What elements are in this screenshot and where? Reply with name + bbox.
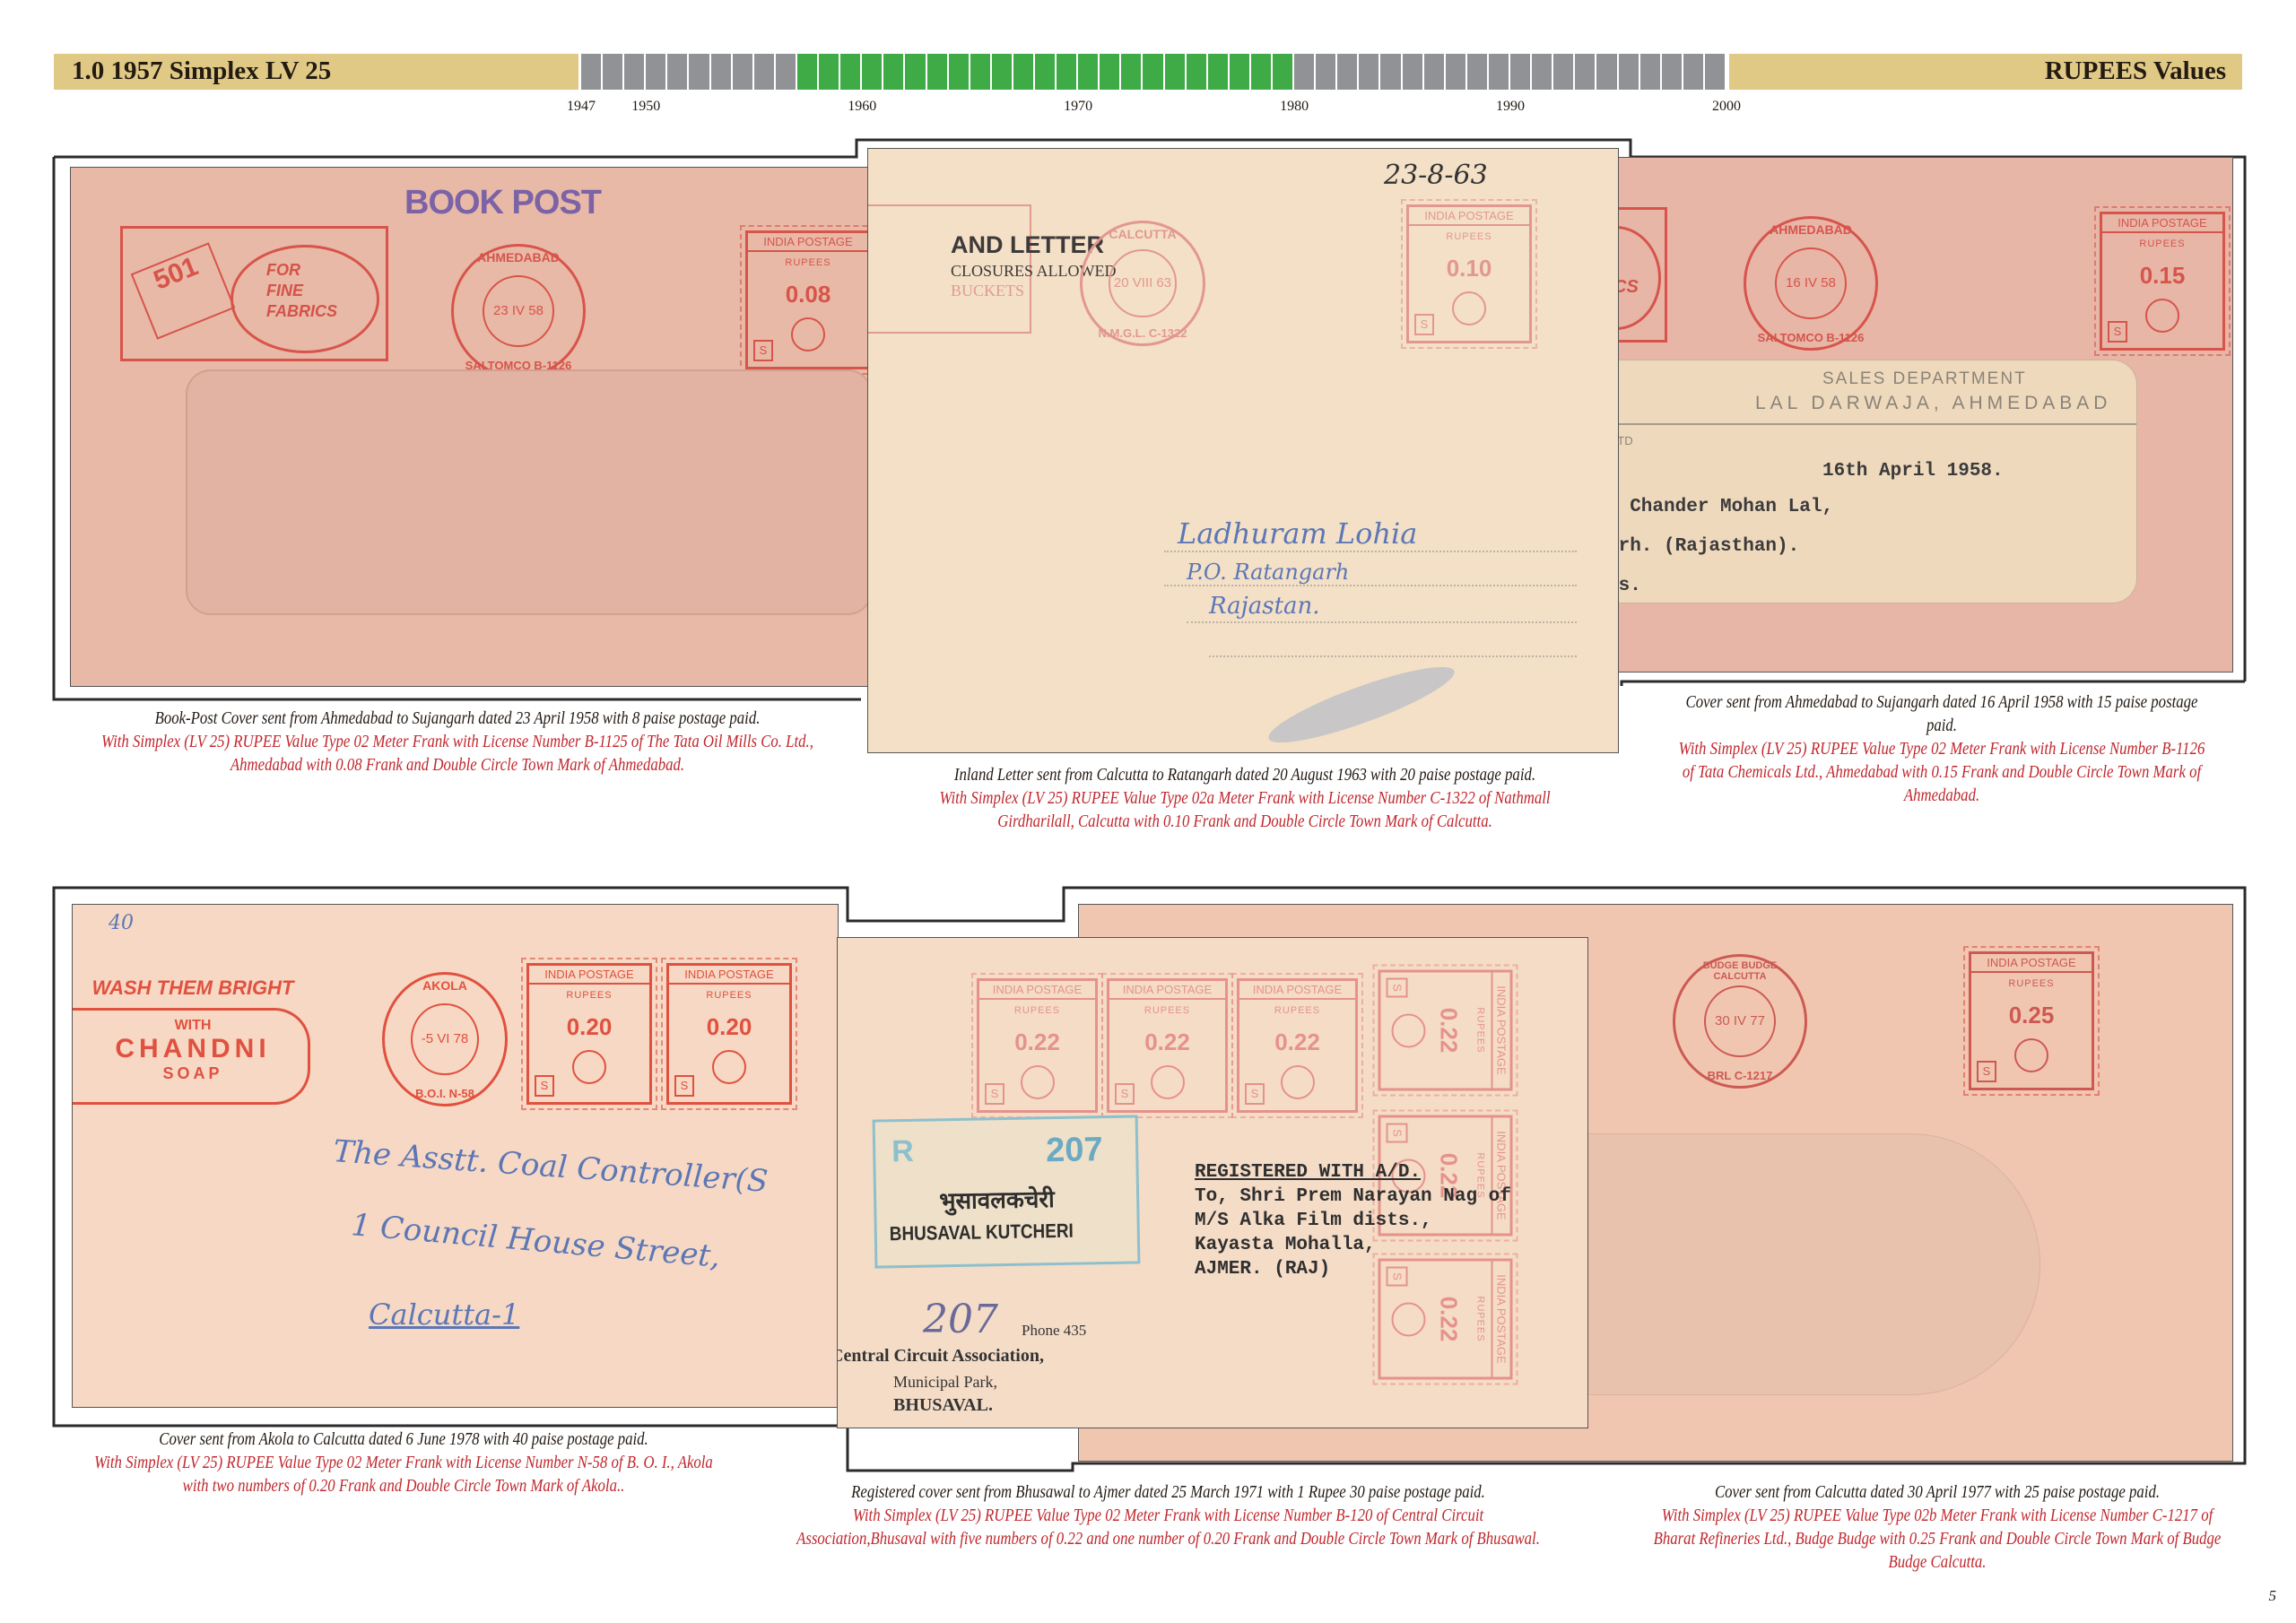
registered-cover-bhusawal: INDIA POSTAGERUPEES0.22SINDIA POSTAGERUP… [837,937,1588,1428]
ashoka-wheel-icon [712,1050,746,1084]
meter-frank-1: INDIA POSTAGE RUPEES 0.20 S [526,963,652,1105]
recipient-state: Rajastan. [1209,593,1320,620]
ashoka-wheel-icon [1452,291,1486,325]
meter-frank: INDIA POSTAGERUPEES0.22S [1107,978,1228,1113]
recipient-po: P.O. Ratangarh [1187,560,1349,585]
recipient-line-4: Kayasta Mohalla, [1195,1235,1376,1255]
ashoka-wheel-icon [1392,1302,1426,1336]
caption-cover-1: Book-Post Cover sent from Ahmedabad to S… [95,707,820,777]
address-line [1187,621,1577,623]
sender-city: BHUSAVAL. [893,1395,993,1416]
meter-frank: INDIA POSTAGE RUPEES 0.15 S [2100,212,2225,351]
handwritten-reg-number: 207 [923,1297,998,1342]
ashoka-wheel-icon [2014,1038,2048,1072]
cover-book-post-ahmedabad: BOOK POST 501 FOR FINE FABRICS AHMEDABAD… [70,167,944,687]
inland-letter-heading: AND LETTER [951,231,1104,259]
address-line [1164,585,1577,586]
recipient-line-1: REGISTERED WITH A/D. [1195,1162,1421,1183]
recipient-line-2: To, Shri Prem Narayan Nag of [1195,1186,1511,1207]
meter-frank-2: INDIA POSTAGE RUPEES 0.20 S [666,963,792,1105]
recipient-line-5: AJMER. (RAJ) [1195,1259,1330,1280]
recipient-line-2: 1 Council House Street, [350,1207,722,1275]
caption-cover-5: Registered cover sent from Bhusawal to A… [788,1481,1548,1551]
meter-frank: INDIA POSTAGERUPEES0.22S [1378,970,1513,1091]
envelope-window-letter: SALES DEPARTMENT LAL DARWAJA, AHMEDABAD … [1605,360,2137,603]
town-postmark: AKOLA -5 VI 78 B.O.I. N-58 [382,972,508,1107]
caption-cover-4: Cover sent from Akola to Calcutta dated … [87,1428,719,1498]
caption-cover-2: Inland Letter sent from Calcutta to Rata… [906,764,1585,834]
address-line [1209,655,1577,657]
town-postmark: BUDGE BUDGE CALCUTTA 30 IV 77 BRL C-1217 [1673,954,1807,1089]
soap-box-icon: 501 [131,242,236,339]
meter-frank: INDIA POSTAGE RUPEES 0.08 S [745,230,871,369]
soap-advert-frame [73,1008,310,1105]
buckets-text: BUCKETS [951,282,1024,300]
recipient-line-1: The Asstt. Coal Controller(S [332,1133,769,1200]
ashoka-wheel-icon [2145,299,2179,333]
ashoka-wheel-icon [1021,1065,1055,1099]
caption-cover-3: Cover sent from Ahmedabad to Sujangarh d… [1672,691,2212,808]
recipient-line-3: M/S Alka Film dists., [1195,1211,1432,1231]
cover-ahmedabad-tata-chemicals: CS AHMEDABAD 16 IV 58 SALTOMCO B-1126 IN… [1605,157,2233,673]
address-line [1164,551,1577,552]
advert-box: 501 FOR FINE FABRICS [120,226,388,361]
meter-frank: INDIA POSTAGE RUPEES 0.10 S [1406,204,1532,343]
page-number: 5 [2269,1587,2277,1605]
ink-smudge [1263,655,1460,753]
meter-frank: INDIA POSTAGE RUPEES 0.25 S [1969,951,2094,1090]
meter-frank: INDIA POSTAGERUPEES0.22S [1378,1259,1513,1380]
sender-phone: Phone 435 [1022,1322,1086,1340]
meter-frank: INDIA POSTAGERUPEES0.22S [1237,978,1358,1113]
town-postmark: CALCUTTA 20 VIII 63 N.M.G.L. C-1322 [1080,221,1205,346]
ashoka-wheel-icon [791,317,825,352]
town-postmark: AHMEDABAD 23 IV 58 SALTOMCO B-1126 [451,244,586,378]
ashoka-wheel-icon [1151,1065,1185,1099]
registration-label: R 207 भुसावलकचेरी BHUSAVAL KUTCHERI [873,1115,1141,1268]
soap-advert: WASH THEM BRIGHT WITH CHANDNI SOAP [73,968,313,1102]
recipient-name: Ladhuram Lohia [1178,516,1417,551]
meter-frank: INDIA POSTAGERUPEES0.22S [977,978,1098,1113]
sender-name: Central Circuit Association, [837,1346,1044,1367]
ashoka-wheel-icon [1281,1065,1315,1099]
envelope-window [186,369,873,615]
inland-letter-calcutta: 23-8-63 AND LETTER CLOSURES ALLOWED BUCK… [867,148,1619,753]
handwritten-corner-number: 40 [109,912,134,934]
handwritten-date: 23-8-63 [1384,160,1488,191]
ashoka-wheel-icon [1392,1013,1426,1047]
book-post-marking: BOOK POST [404,184,601,222]
sender-street: Municipal Park, [893,1373,997,1392]
caption-cover-6: Cover sent from Calcutta dated 30 April … [1652,1481,2222,1575]
recipient-line-3: Calcutta-1 [369,1298,519,1332]
letter-divider [1605,423,2136,425]
cover-akola-calcutta: 40 WASH THEM BRIGHT WITH CHANDNI SOAP AK… [72,904,839,1408]
advert-text: FOR FINE FABRICS [266,260,337,322]
town-postmark: AHMEDABAD 16 IV 58 SALTOMCO B-1126 [1744,216,1878,351]
ashoka-wheel-icon [572,1050,606,1084]
